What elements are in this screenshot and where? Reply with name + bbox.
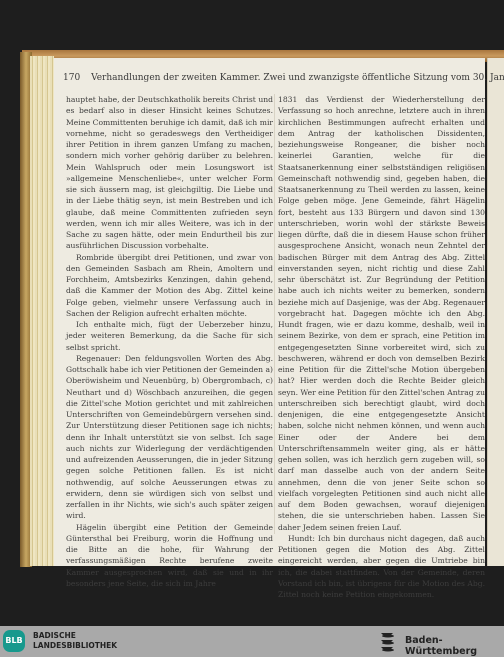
right-column: 1831 das Verdienst der Wiederherstellung…: [278, 94, 485, 600]
paragraph: 1831 das Verdienst der Wiederherstellung…: [278, 94, 485, 533]
footer-bar: BLB BADISCHE LANDESBIBLIOTHEK Baden-Würt…: [0, 626, 504, 657]
paragraph: Hägelin übergibt eine Petition der Gemei…: [66, 522, 273, 590]
three-lions-crest-icon: [378, 631, 398, 653]
page-stack-edge: [30, 56, 54, 566]
blb-name-line2: LANDESBIBLIOTHEK: [33, 641, 117, 651]
paragraph: Regenauer: Den feldungsvollen Worten des…: [66, 353, 273, 522]
running-head: 170 Verhandlungen der zweiten Kammer. Zw…: [63, 73, 473, 83]
paragraph: hauptet habe, der Deutschkatholik bereit…: [66, 94, 273, 252]
paragraph: Hundt: Ich bin durchaus nicht dagegen, d…: [278, 533, 485, 601]
blb-logo-text[interactable]: BADISCHE LANDESBIBLIOTHEK: [33, 631, 117, 651]
blb-name-line1: BADISCHE: [33, 631, 117, 641]
running-head-title: Verhandlungen der zweiten Kammer. Zwei u…: [91, 73, 504, 83]
paragraph: Rombride übergibt drei Petitionen, und z…: [66, 252, 273, 320]
scan-viewer: 170 Verhandlungen der zweiten Kammer. Zw…: [0, 0, 504, 626]
column-divider: [274, 94, 275, 534]
blb-logo-icon[interactable]: BLB: [3, 630, 25, 652]
paragraph: Ich enthalte mich, fügt der Ueberzeber h…: [66, 319, 273, 353]
baden-wuerttemberg-logo-text[interactable]: Baden-Württemberg: [405, 635, 504, 657]
left-column: hauptet habe, der Deutschkatholik bereit…: [66, 94, 273, 589]
page-number: 170: [63, 73, 80, 83]
facing-page-edge: [487, 58, 504, 566]
